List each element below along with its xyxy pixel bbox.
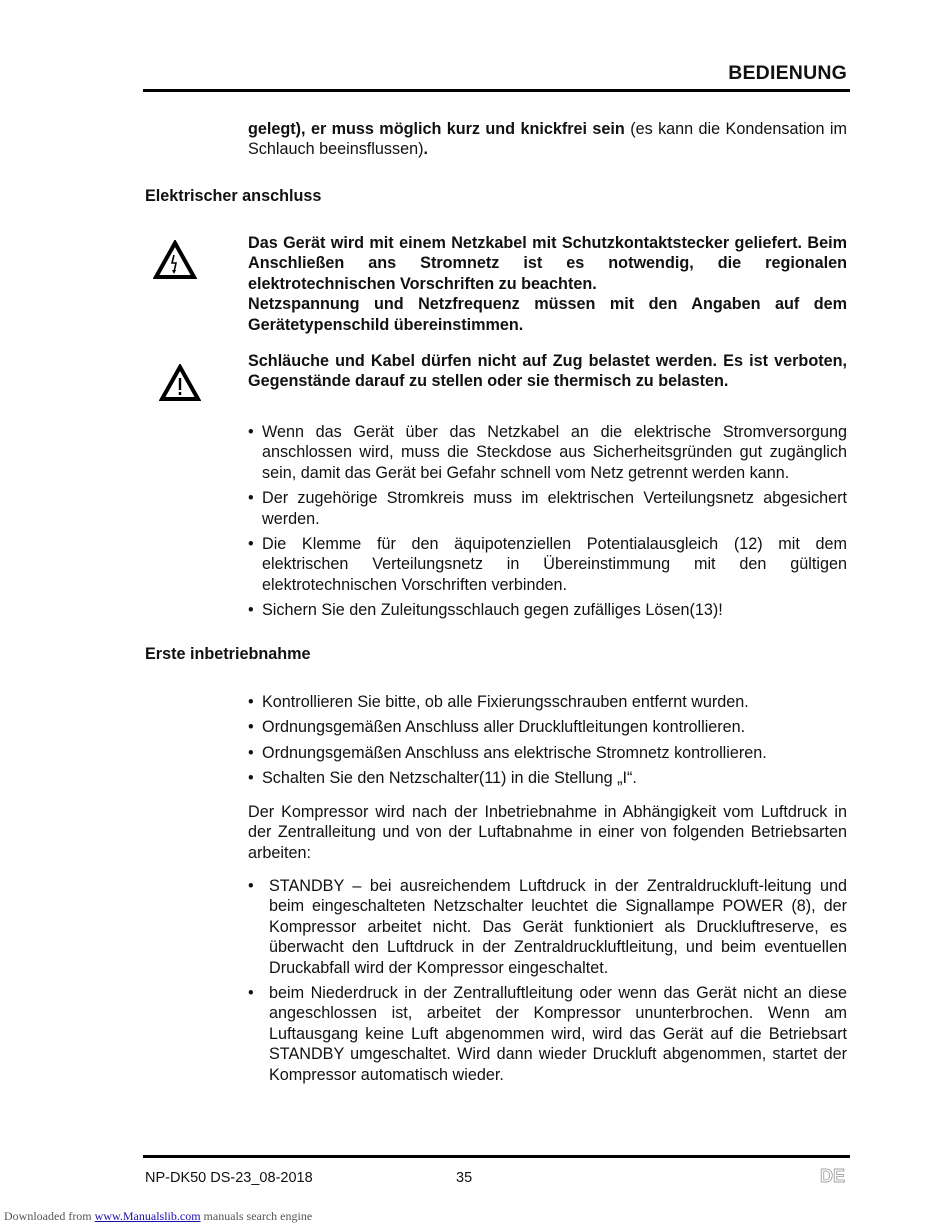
footer-rule bbox=[143, 1155, 850, 1158]
list-item: Der zugehörige Stromkreis muss im elektr… bbox=[248, 488, 847, 529]
document-id: NP-DK50 DS-23_08-2018 bbox=[145, 1170, 313, 1186]
list-item: Schalten Sie den Netzschalter(11) in die… bbox=[248, 768, 847, 788]
language-badge: DE bbox=[820, 1166, 845, 1187]
list-item: Die Klemme für den äquipotenziellen Pote… bbox=[248, 534, 847, 595]
header-rule bbox=[143, 89, 850, 92]
manualslib-link[interactable]: www.Manualslib.com bbox=[95, 1209, 201, 1223]
electrical-warning-1: Das Gerät wird mit einem Netzkabel mit S… bbox=[248, 233, 847, 335]
electrical-bullets: Wenn das Gerät über das Netzkabel an die… bbox=[248, 422, 847, 626]
operating-modes: STANDBY – bei ausreichendem Luftdruck in… bbox=[248, 876, 847, 1090]
page-number: 35 bbox=[456, 1170, 472, 1186]
download-note: Downloaded from www.Manualslib.com manua… bbox=[4, 1209, 312, 1224]
electrical-warning-2: Schläuche und Kabel dürfen nicht auf Zug… bbox=[248, 351, 847, 392]
list-item: beim Niederdruck in der Zentralluftleitu… bbox=[248, 983, 847, 1085]
startup-bullets: Kontrollieren Sie bitte, ob alle Fixieru… bbox=[248, 692, 847, 794]
page-header-title: BEDIENUNG bbox=[728, 62, 847, 85]
list-item: Ordnungsgemäßen Anschluss ans elektrisch… bbox=[248, 743, 847, 763]
startup-paragraph: Der Kompressor wird nach der Inbetriebna… bbox=[248, 802, 847, 863]
list-item: Wenn das Gerät über das Netzkabel an die… bbox=[248, 422, 847, 483]
electric-hazard-icon bbox=[153, 240, 197, 285]
list-item: Ordnungsgemäßen Anschluss aller Druckluf… bbox=[248, 717, 847, 737]
section-heading-electrical: Elektrischer anschluss bbox=[145, 187, 321, 206]
intro-paragraph: gelegt), er muss möglich kurz und knickf… bbox=[248, 119, 847, 160]
section-heading-startup: Erste inbetriebnahme bbox=[145, 645, 311, 664]
caution-exclamation-icon bbox=[159, 364, 201, 407]
list-item: Kontrollieren Sie bitte, ob alle Fixieru… bbox=[248, 692, 847, 712]
intro-bold: gelegt), er muss möglich kurz und knickf… bbox=[248, 120, 625, 138]
list-item: STANDBY – bei ausreichendem Luftdruck in… bbox=[248, 876, 847, 978]
list-item: Sichern Sie den Zuleitungsschlauch gegen… bbox=[248, 600, 847, 620]
